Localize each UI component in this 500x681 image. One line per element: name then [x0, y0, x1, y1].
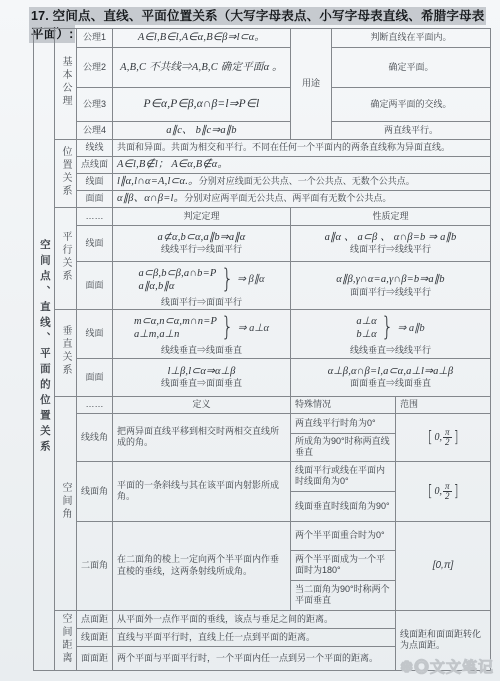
curly-brace: }: [221, 263, 233, 297]
axiom2-formula: A,B,C 不共线⇒A,B,C 确定平面α 。: [113, 48, 291, 88]
perp-plane-plane-judgment: l⊥β,l⊂α⇒α⊥β 线面垂直⇒面面垂直: [113, 358, 291, 396]
angle-dihedral-range: [0,π]: [396, 521, 491, 610]
axiom1-use: 判断直线在平面内。: [332, 29, 491, 48]
perp-plane-plane-label: 面面: [77, 358, 113, 396]
angle-dihedral-definition: 在二面角的棱上一定向两个半平面内作垂直棱的垂线，这两条射线所成角。: [113, 521, 291, 610]
parallel-plane-plane-judgment: a⊂β,b⊂β,a∩b=P a∥α,b∥α } ⇒ β∥α 线面平行⇒面面平行: [113, 262, 291, 310]
pos-line-plane-label: 线面: [77, 174, 113, 191]
perp-line-plane-label: 线面: [77, 310, 113, 358]
dist-point-plane-label: 点面距: [77, 610, 113, 628]
angle-line-plane-label: 线面角: [77, 461, 113, 521]
parallel-line-plane-label: 线面: [77, 226, 113, 262]
section-parallel: 平行关系: [55, 208, 77, 310]
perp-line-plane-property: a⊥α b⊥α } ⇒ a∥b 线线垂直⇒线线平行: [291, 310, 491, 358]
section-axioms: 基本公理: [55, 29, 77, 140]
axiom3-formula: P∈α,P∈β,α∩β=l⇒P∈l: [113, 88, 291, 122]
pos-line-line-content: 共面和异面。共面为相交和平行。不同在任何一个平面内的两条直线称为异面直线。: [113, 140, 491, 157]
property-theorem-header: 性质定理: [291, 208, 491, 226]
angle-line-line-label: 线线角: [77, 413, 113, 461]
dist-line-plane-content: 直线与平面平行时，直线上任一点到平面的距离。: [113, 628, 396, 646]
angle-dihedral-special1: 两个半平面重合时为0°: [291, 521, 396, 550]
axiom4-label: 公理4: [77, 122, 113, 140]
dist-plane-plane-label: 面面距: [77, 646, 113, 670]
range-header: 范围: [396, 396, 491, 413]
definition-header: 定义: [113, 396, 291, 413]
parallel-line-plane-judgment: a⊄α,b⊂α,a∥b⇒a∥α 线线平行⇒线面平行: [113, 226, 291, 262]
pos-plane-plane-content: α∥β、α∩β=l。分别对应两平面无公共点、两平面有无数个公共点。: [113, 191, 491, 208]
angle-dihedral-special2: 两个半平面成为一个平面时为180°: [291, 550, 396, 580]
axiom1-label: 公理1: [77, 29, 113, 48]
fraction: π2: [443, 428, 452, 448]
angles-dots-label: ……: [77, 396, 113, 413]
dist-point-plane-content: 从平面外一点作平面的垂线，该点与垂足之间的距离。: [113, 610, 396, 628]
pos-point-label: 点线面: [77, 157, 113, 174]
usage-header: 用途: [291, 29, 332, 140]
angle-dihedral-label: 二面角: [77, 521, 113, 610]
watermark-logo-icon: ❆◎: [400, 659, 430, 676]
parallel-plane-plane-property: α∥β,γ∩α=a,γ∩β=b⇒a∥b 面面平行⇒线线平行: [291, 262, 491, 310]
section-positions: 位置关系: [55, 140, 77, 208]
perp-line-plane-judgment: m⊂α,n⊂α,m∩n=P a⊥m,a⊥n } ⇒ a⊥α 线线垂直⇒线面垂直: [113, 310, 291, 358]
axiom1-formula: A∈l,B∈l,A∈α,B∈β⇒l⊂α。: [113, 29, 291, 48]
axiom4-formula: a∥c、 b∥c⇒a∥b: [113, 122, 291, 140]
fraction: π2: [443, 482, 452, 502]
side-vertical-title: 空间点、直线、平面的位置关系: [37, 239, 51, 456]
axiom2-use: 确定平面。: [332, 48, 491, 88]
section-distances: 空间距离: [55, 610, 77, 670]
parallel-line-plane-property: a∥α 、 a⊂β 、 α∩β=b ⇒ a∥b 线面平行⇒线线平行: [291, 226, 491, 262]
curly-brace: }: [221, 311, 233, 345]
parallel-dots-label: ……: [77, 208, 113, 226]
pos-line-line-label: 线线: [77, 140, 113, 157]
axiom3-label: 公理3: [77, 88, 113, 122]
side-vertical-title-cell: 空间点、直线、平面的位置关系: [34, 29, 55, 671]
relations-table: 空间点、直线、平面的位置关系 基本公理 公理1 A∈l,B∈l,A∈α,B∈β⇒…: [33, 28, 491, 671]
parallel-plane-plane-label: 面面: [77, 262, 113, 310]
angle-line-plane-special1: 线面平行或线在平面内时线面角为0°: [291, 461, 396, 491]
angle-line-line-definition: 把两异面直线平移到相交时两相交直线所成的角。: [113, 413, 291, 461]
special-cases-header: 特殊情况: [291, 396, 396, 413]
pos-line-plane-content: l∥α,l∩α=A,l⊂α.。分别对应线面无公共点、一个公共点、无数个公共点。: [113, 174, 491, 191]
section-perpendicular: 垂直关系: [55, 310, 77, 396]
section-angles: 空间角: [55, 396, 77, 610]
pos-plane-plane-label: 面面: [77, 191, 113, 208]
angle-line-plane-special2: 线面垂直时线面角为90°: [291, 491, 396, 521]
pos-point-content: A∈l,B∉l； A∈α,B∉α。: [113, 157, 491, 174]
watermark: ❆◎文文笔记: [400, 656, 494, 677]
angle-line-plane-definition: 平面的一条斜线与其在该平面内射影所成角。: [113, 461, 291, 521]
curly-brace: }: [381, 311, 393, 345]
perp-plane-plane-property: α⊥β,α∩β=l,a⊂α,a⊥l⇒a⊥β 面面垂直⇒线面垂直: [291, 358, 491, 396]
angle-line-line-range: [0,π2]: [396, 413, 491, 461]
angle-line-plane-range: [0,π2]: [396, 461, 491, 521]
angle-dihedral-special3: 当二面角为90°时称两个平面垂直: [291, 580, 396, 610]
notes-photo-page: { "page": { "title": "17. 空间点、直线、平面位置关系（…: [0, 0, 500, 681]
watermark-text: 文文笔记: [430, 659, 494, 676]
dist-plane-plane-content: 两个平面与平面平行时，一个平面内任一点到另一个平面的距离。: [113, 646, 396, 670]
dist-line-plane-label: 线面距: [77, 628, 113, 646]
angle-line-line-special2: 所成角为90°时称两直线垂直: [291, 433, 396, 461]
judgment-theorem-header: 判定定理: [113, 208, 291, 226]
axiom4-use: 两直线平行。: [332, 122, 491, 140]
axiom2-label: 公理2: [77, 48, 113, 88]
angle-line-line-special1: 两直线平行时角为0°: [291, 413, 396, 433]
axiom3-use: 确定两平面的交线。: [332, 88, 491, 122]
